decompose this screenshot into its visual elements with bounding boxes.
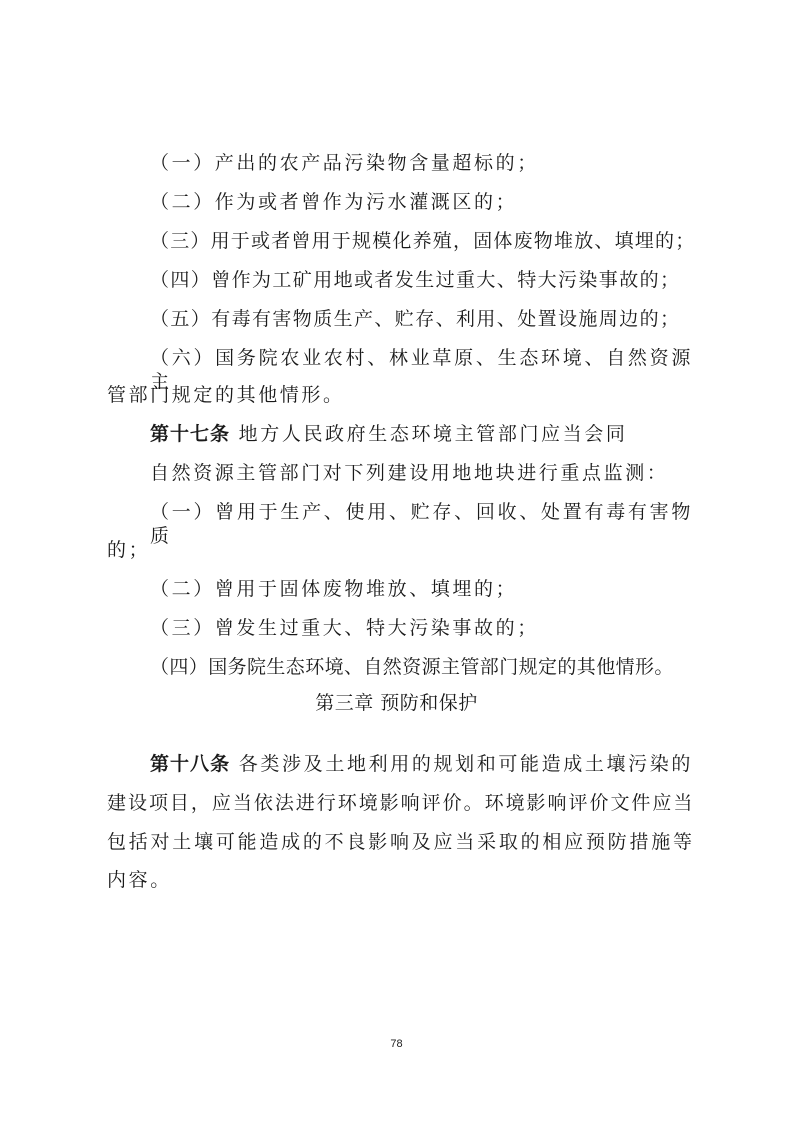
- article-18-line-1: 第十八条 各类涉及土地利用的规划和可能造成土壤污染的: [150, 752, 693, 776]
- list-item-16-2: （二）作为或者曾作为污水灌溉区的；: [150, 190, 693, 214]
- article-18-heading: 第十八条: [150, 753, 230, 775]
- article-18-line-2: 建设项目，应当依法进行环境影响评价。环境影响评价文件应当: [107, 791, 693, 815]
- article-18-line-3: 包括对土壤可能造成的不良影响及应当采取的相应预防措施等: [107, 830, 693, 854]
- list-item-16-5: （五）有毒有害物质生产、贮存、利用、处置设施周边的；: [150, 307, 693, 331]
- article-18-text-1: 各类涉及土地利用的规划和可能造成土壤污染的: [239, 753, 693, 775]
- article-17-line-2: 自然资源主管部门对下列建设用地地块进行重点监测：: [150, 461, 693, 485]
- article-17-heading: 第十七条: [150, 423, 230, 445]
- article-17-item-4: （四）国务院生态环境、自然资源主管部门规定的其他情形。: [150, 655, 693, 679]
- list-item-16-3: （三）用于或者曾用于规模化养殖，固体废物堆放、填埋的；: [150, 229, 693, 253]
- page-number: 78: [0, 1038, 793, 1050]
- document-page: （一）产出的农产品污染物含量超标的； （二）作为或者曾作为污水灌溉区的； （三）…: [0, 0, 793, 1122]
- article-17-line-1: 第十七条 地方人民政府生态环境主管部门应当会同: [150, 422, 693, 446]
- list-item-16-6-cont: 管部门规定的其他情形。: [107, 383, 693, 407]
- list-item-16-4: （四）曾作为工矿用地或者发生过重大、特大污染事故的；: [150, 268, 693, 292]
- article-17-text-1: 地方人民政府生态环境主管部门应当会同: [239, 423, 628, 445]
- article-18-line-4: 内容。: [107, 868, 693, 892]
- article-17-item-1-cont: 的；: [107, 538, 693, 562]
- article-17-item-3: （三）曾发生过重大、特大污染事故的；: [150, 616, 693, 640]
- article-17-item-2: （二）曾用于固体废物堆放、填埋的；: [150, 577, 693, 601]
- list-item-16-1: （一）产出的农产品污染物含量超标的；: [150, 151, 693, 175]
- chapter-title: 第三章 预防和保护: [0, 691, 793, 715]
